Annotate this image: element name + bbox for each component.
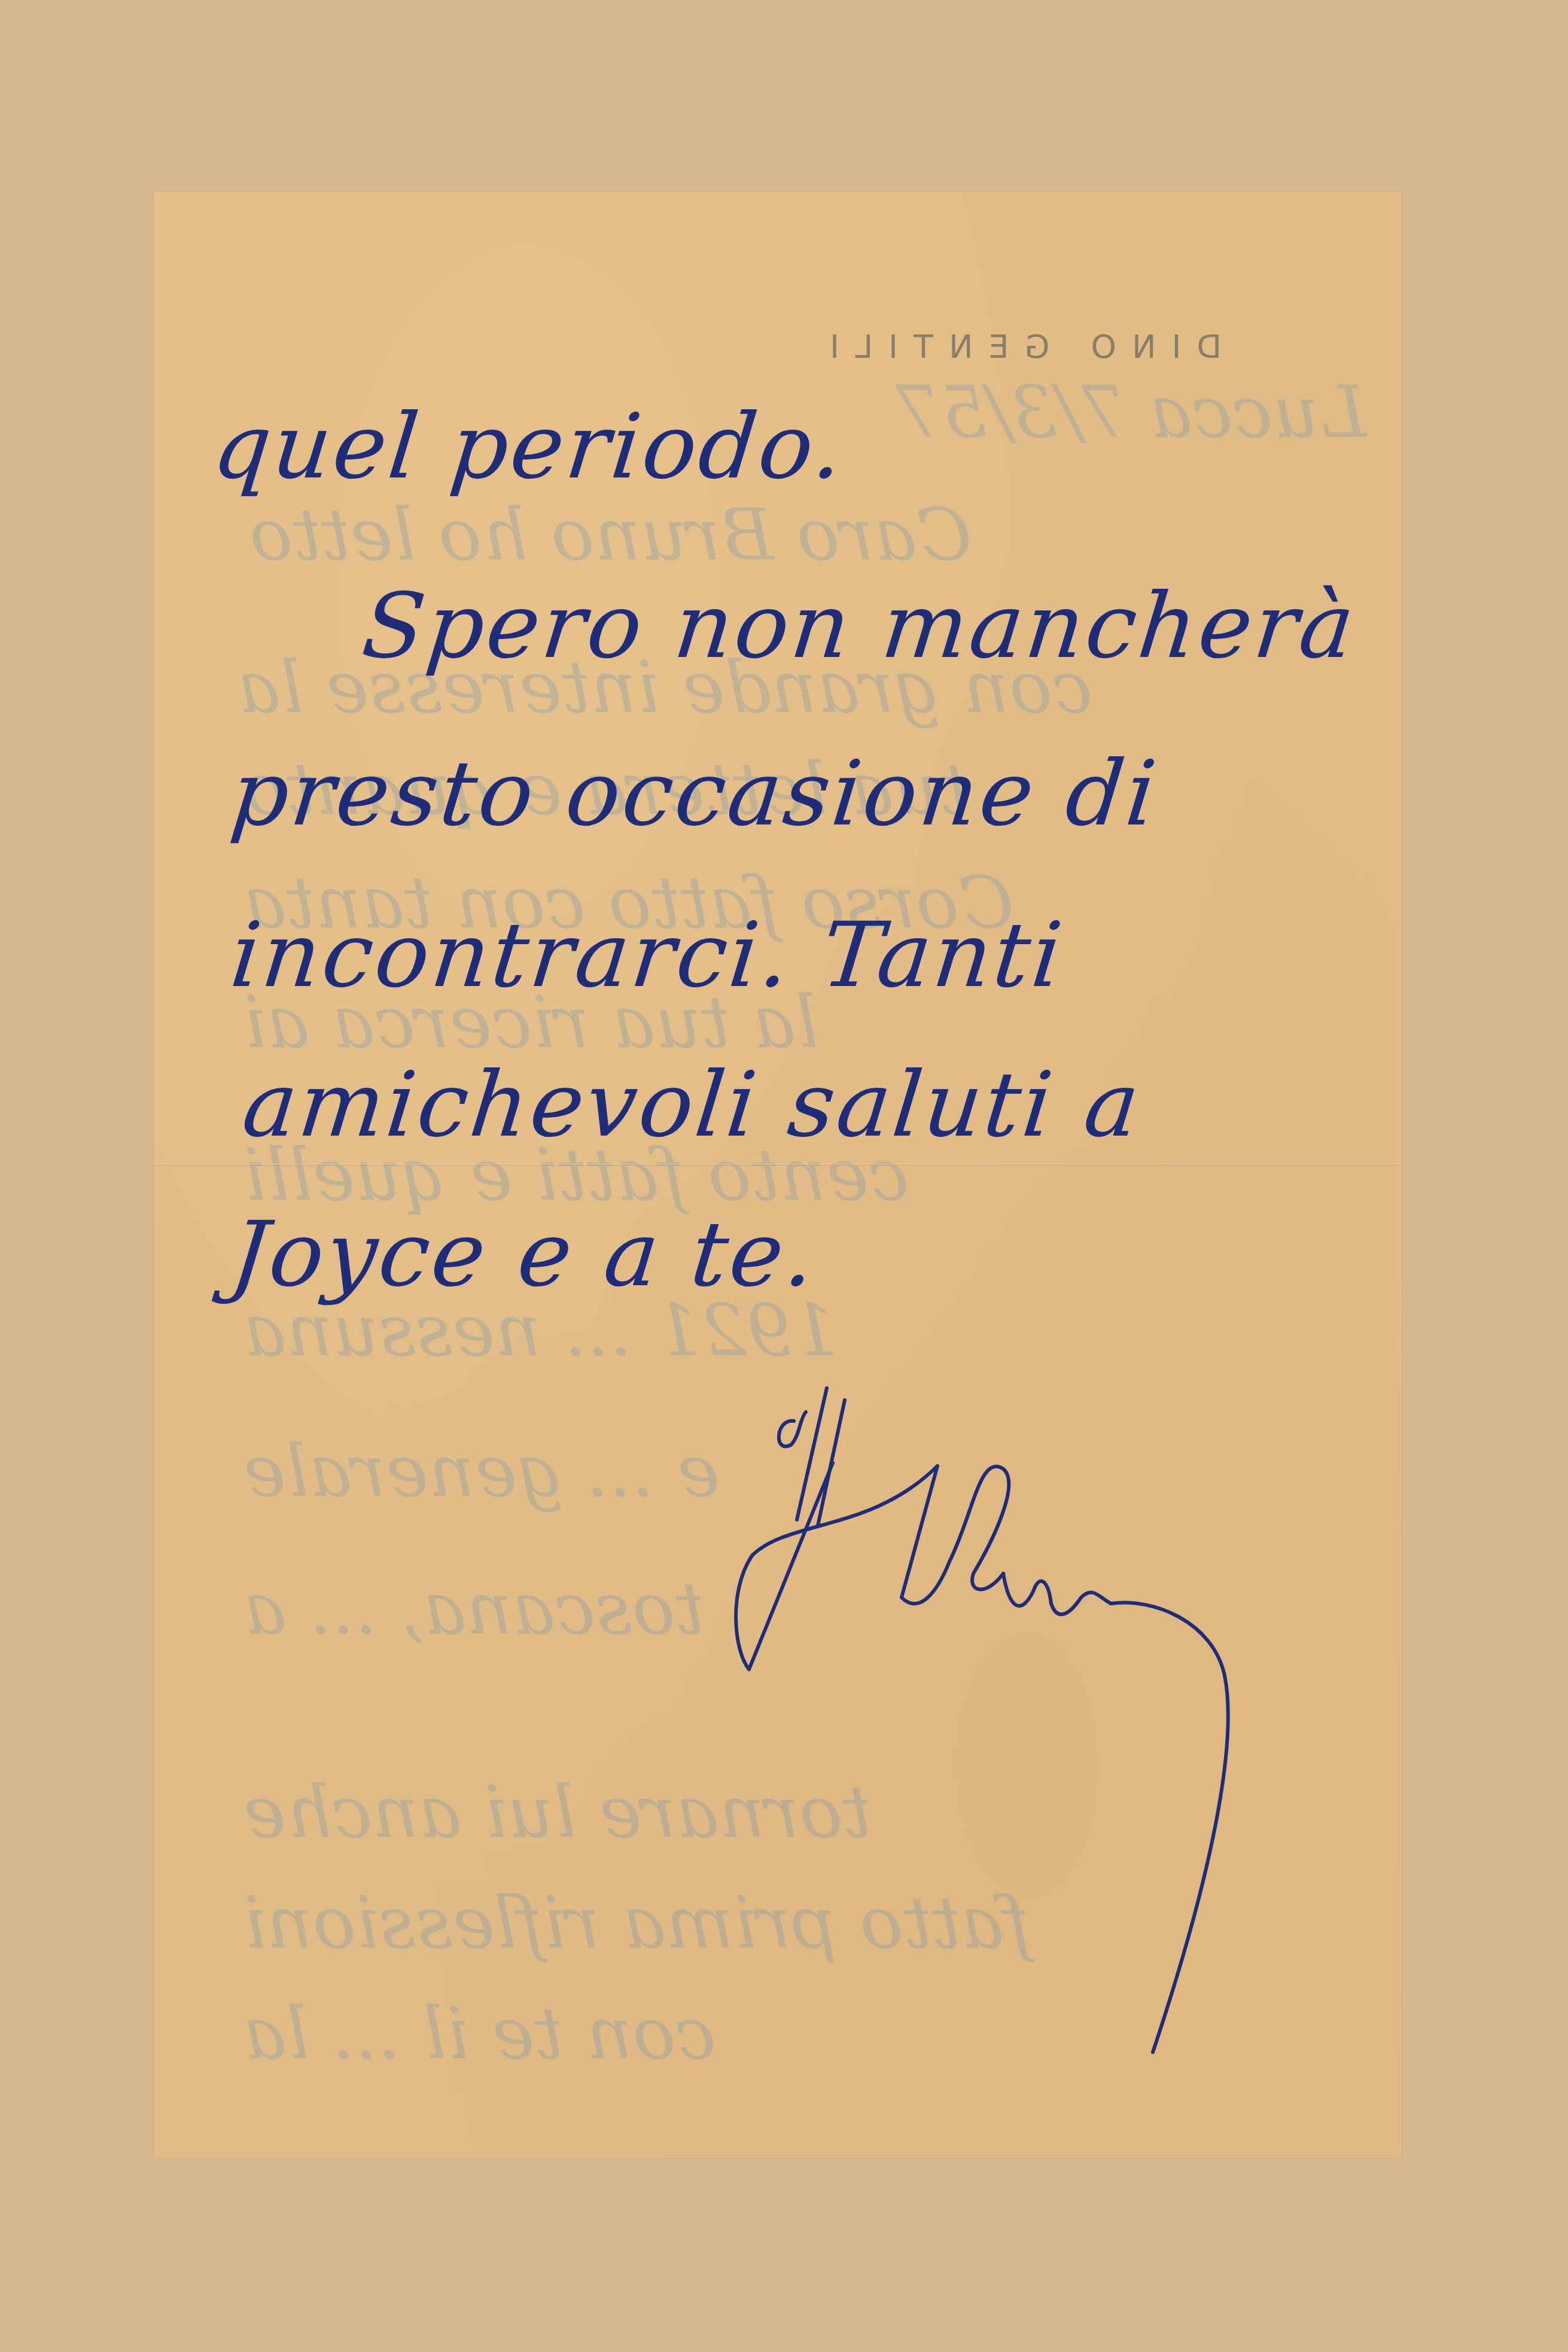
fold-crease: [154, 1164, 1402, 1166]
letter-sheet: DINO GENTILI Lucca 7/3/57 Caro Bruno ho …: [154, 191, 1402, 2158]
bleed-through-line: Caro Bruno ho letto: [249, 494, 972, 577]
signature-text: aff. Dino: [752, 1394, 754, 1395]
letter-line-3: presto occasione di: [226, 742, 1163, 846]
letter-line-2: Spero non mancherà: [358, 574, 1362, 678]
letterhead-mirrored: DINO GENTILI: [857, 328, 1222, 366]
letter-line-6: Joyce e a te.: [226, 1203, 822, 1307]
bleed-through-line: e ... generale: [243, 1430, 720, 1513]
bleed-through-line: toscana, ... a: [243, 1568, 704, 1651]
letter-line-4: incontrarci. Tanti: [226, 903, 1069, 1008]
bleed-through-line: con te il ... la: [243, 1992, 716, 2076]
bleed-through-line: Lucca 7/3/57: [896, 371, 1366, 454]
letter-line-5: amichevoli saluti a: [238, 1053, 1146, 1157]
signature: [722, 1376, 1249, 2064]
letter-line-1: quel periodo.: [208, 395, 850, 499]
